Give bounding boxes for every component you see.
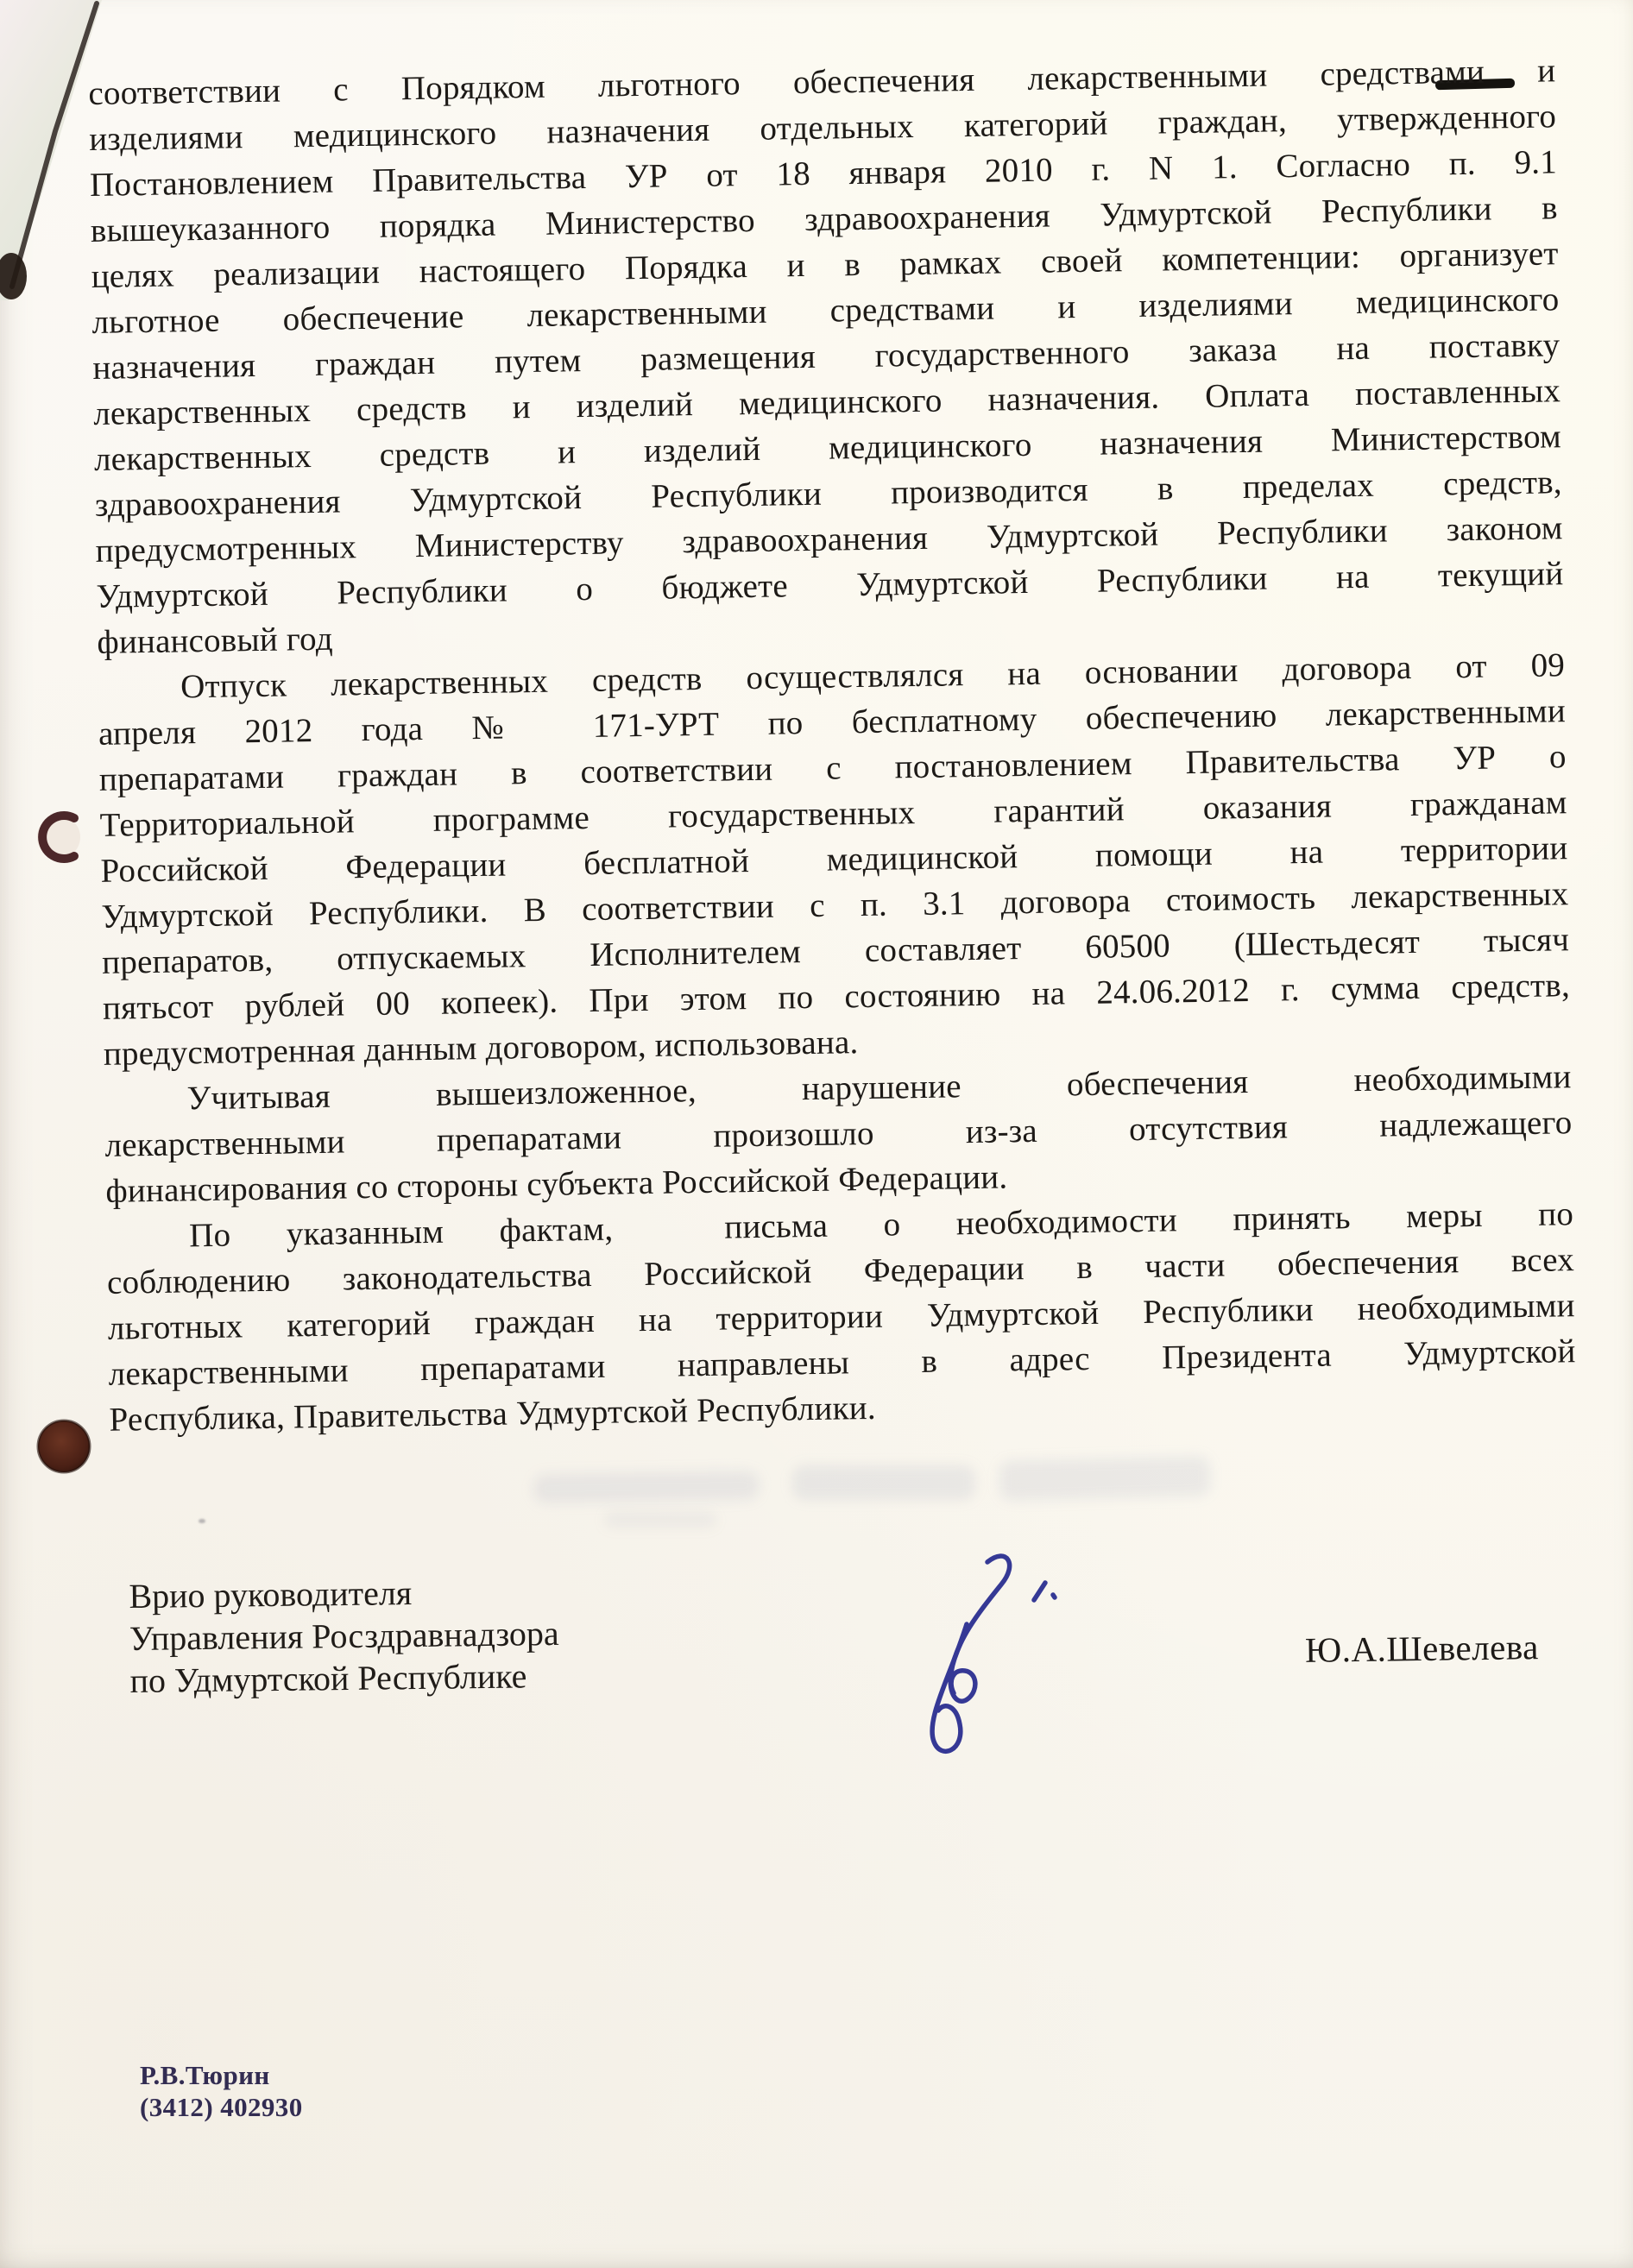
punch-hole-lower (31, 1412, 104, 1484)
paragraph-2: Отпуск лекарственных средств осуществлял… (98, 642, 1571, 1077)
executor-name: Р.В.Тюрин (140, 2059, 303, 2091)
executor-phone: (3412) 402930 (140, 2091, 303, 2123)
pencil-smudge (999, 1456, 1210, 1501)
ink-speck (199, 1519, 205, 1523)
signatory-position-line: по Удмуртской Республике (129, 1654, 559, 1702)
signature-block: Врио руководителя Управления Росздравнад… (129, 1570, 559, 1702)
paragraph-4: По указанным фактам, письма о необходимо… (106, 1191, 1577, 1443)
pencil-smudge (792, 1465, 975, 1500)
pencil-smudge (604, 1512, 716, 1528)
executor-block: Р.В.Тюрин (3412) 402930 (140, 2059, 303, 2123)
pencil-smudge (533, 1471, 760, 1504)
signatory-name: Ю.А.Шевелева (1305, 1626, 1539, 1671)
scanned-document-page: соответствии с Порядком льготного обеспе… (0, 0, 1633, 2268)
punch-hole-upper (22, 804, 105, 873)
paragraph-1: соответствии с Порядком льготного обеспе… (88, 47, 1565, 665)
document-body: соответствии с Порядком льготного обеспе… (88, 47, 1577, 1443)
paragraph-3: Учитывая вышеизложенное, нарушение обесп… (104, 1054, 1573, 1214)
signatory-position-line: Управления Росздравнадзора (129, 1612, 559, 1660)
signatory-position-line: Врио руководителя (129, 1570, 558, 1617)
signature-ink (905, 1545, 1103, 1761)
